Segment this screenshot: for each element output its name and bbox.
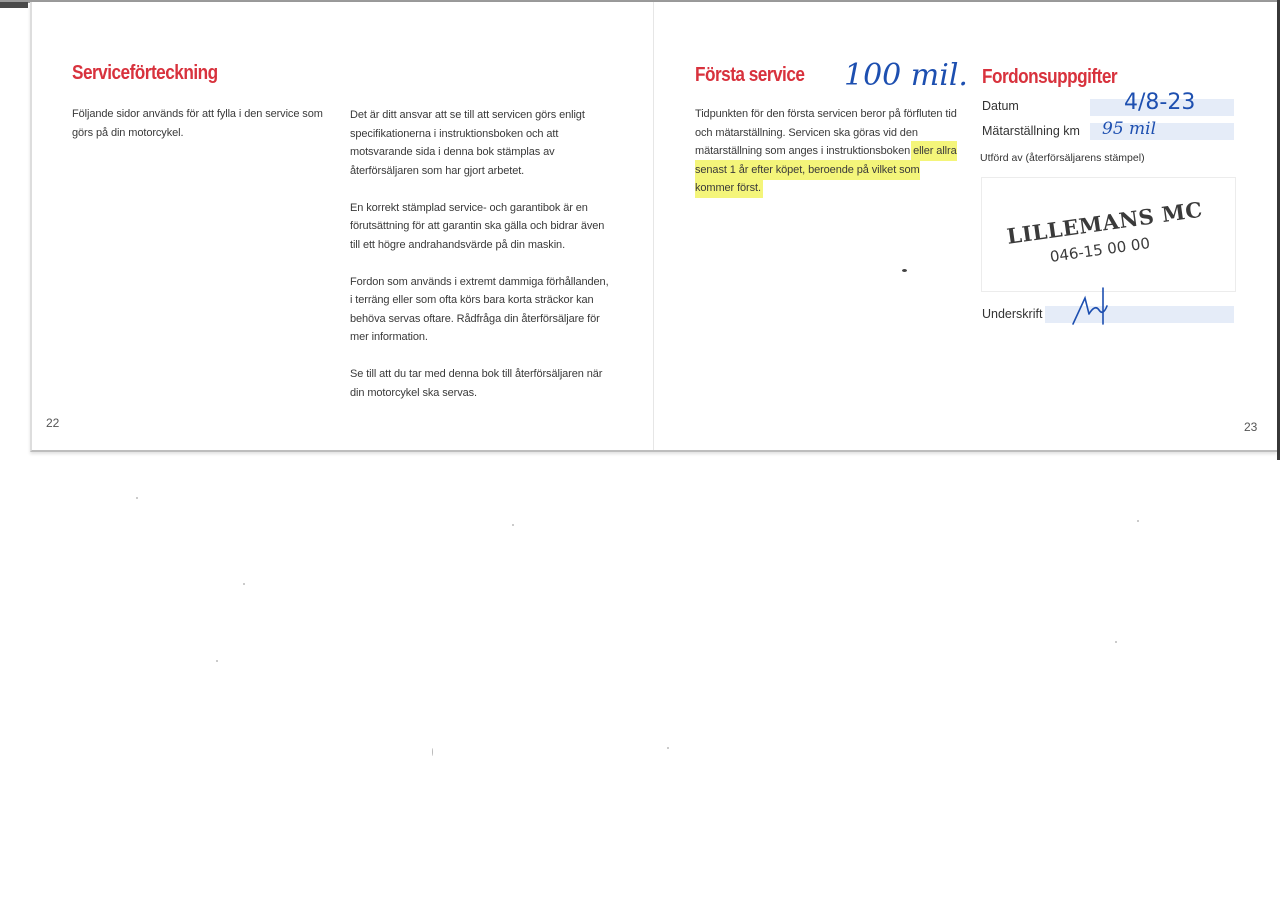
date-value: 4/8-23 — [1124, 90, 1195, 115]
scan-speck — [1115, 641, 1117, 643]
performed-by-label: Utförd av (återförsäljarens stämpel) — [980, 152, 1145, 164]
paragraph: Det är ditt ansvar att se till att servi… — [350, 106, 610, 180]
booklet-spread: Serviceförteckning Följande sidor använd… — [30, 2, 1277, 452]
signature-label: Underskrift — [982, 307, 1042, 321]
handwritten-note: 100 mil. — [844, 58, 968, 93]
page-number: 22 — [46, 416, 59, 430]
paragraph: Fordon som används i extremt dammiga för… — [350, 273, 610, 347]
first-service-text: Tidpunkten för den första servicen beror… — [695, 105, 957, 198]
paragraph: En korrekt stämplad service- och garanti… — [350, 199, 610, 255]
dealer-stamp-box: LILLEMANS MC 046-15 00 00 — [981, 177, 1236, 292]
scan-speck — [432, 748, 433, 756]
right-page: Första service 100 mil. Tidpunkten för d… — [653, 2, 1278, 450]
scan-speck — [243, 583, 245, 585]
page-number: 23 — [1244, 420, 1257, 434]
info-paragraphs: Det är ditt ansvar att se till att servi… — [350, 106, 610, 421]
ink-mark — [902, 269, 907, 272]
odometer-value: 95 mil — [1102, 119, 1156, 139]
scan-edge-corner — [0, 2, 28, 8]
paragraph: Se till att du tar med denna bok till åt… — [350, 365, 610, 402]
intro-text: Följande sidor används för att fylla i d… — [72, 105, 332, 142]
scan-speck — [1137, 520, 1139, 522]
scan-speck — [667, 747, 669, 749]
first-service-title: Första service — [695, 64, 804, 87]
vehicle-info-title: Fordonsuppgifter — [982, 66, 1117, 89]
scan-speck — [136, 497, 138, 499]
date-label: Datum — [982, 99, 1019, 113]
left-page: Serviceförteckning Följande sidor använd… — [32, 2, 652, 450]
page-title: Serviceförteckning — [72, 62, 218, 85]
scan-speck — [512, 524, 514, 526]
scan-speck — [216, 660, 218, 662]
signature-scribble-icon — [1069, 284, 1119, 329]
odometer-label: Mätarställning km — [982, 124, 1080, 138]
